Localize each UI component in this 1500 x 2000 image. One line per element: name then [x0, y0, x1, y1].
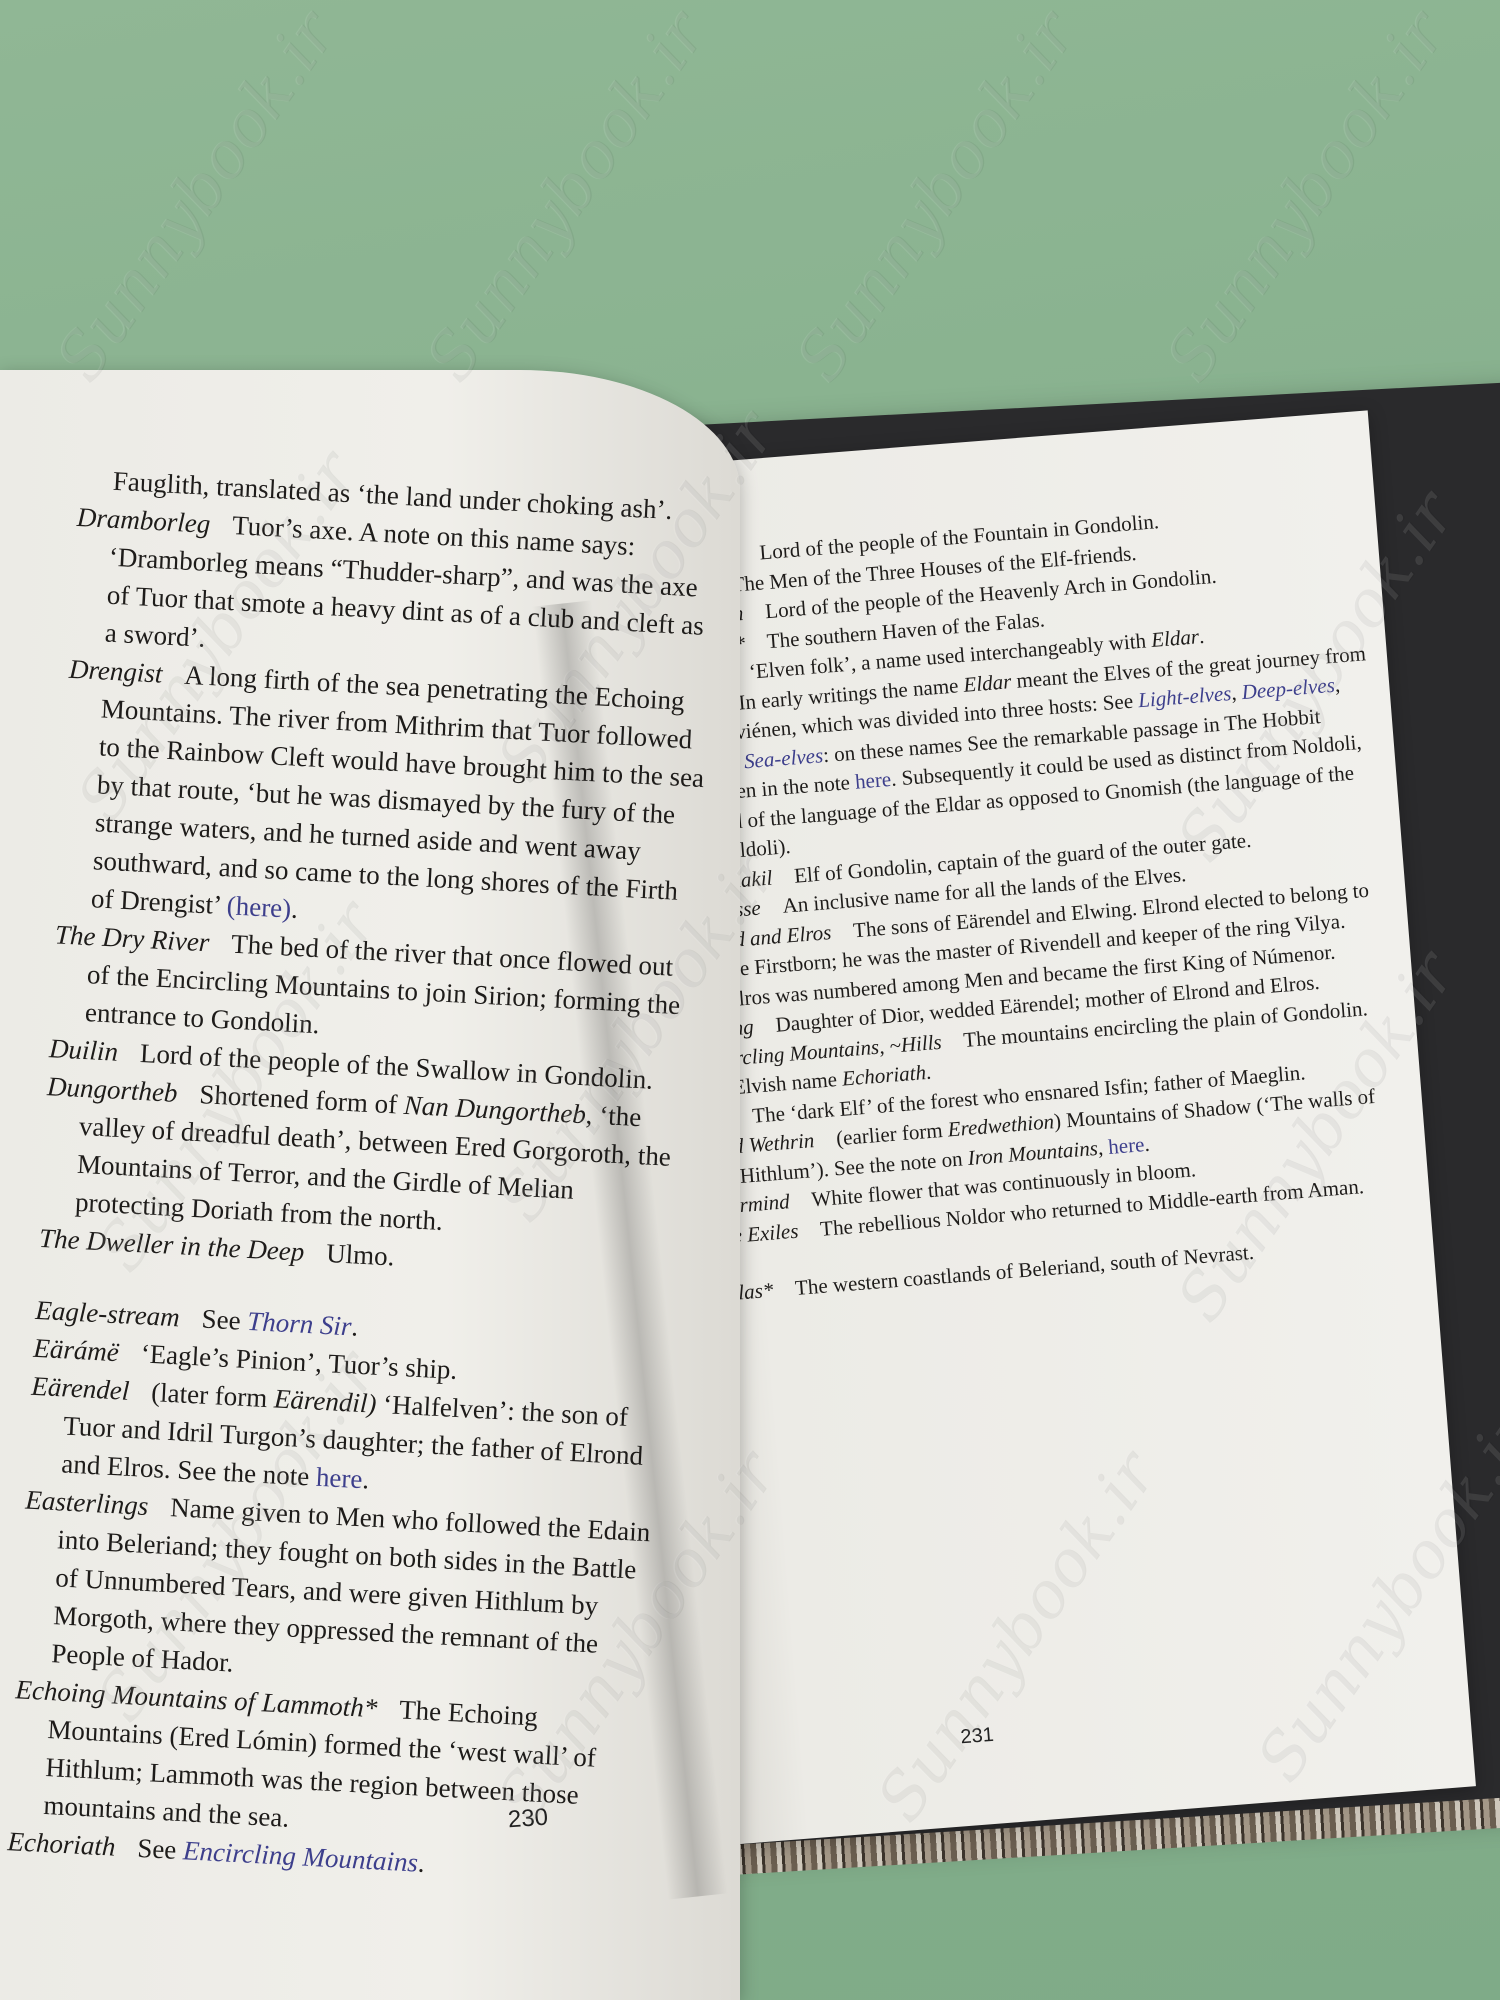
- entry-head: Echoriath: [7, 1826, 116, 1862]
- watermark: Sunnybook.ir: [42, 0, 350, 395]
- link-deep-elves[interactable]: Deep-elves: [1241, 673, 1336, 704]
- link-here[interactable]: (here): [226, 890, 292, 923]
- entry-head: Dungortheb: [46, 1071, 178, 1108]
- watermark: Sunnybook.ir: [412, 0, 720, 395]
- glossary-entry: EasterlingsName given to Men who followe…: [17, 1481, 666, 1704]
- entry-head: Dramborleg: [76, 502, 211, 539]
- entry-head: Eagle-stream: [35, 1295, 181, 1333]
- link-sea-elves[interactable]: Sea-elves: [743, 743, 824, 773]
- page-number: 231: [960, 1724, 995, 1750]
- link-thorn-sir[interactable]: Thorn Sir: [247, 1306, 353, 1341]
- entry-head: Drengist: [68, 654, 163, 689]
- entry-head: Eärámë: [33, 1333, 120, 1367]
- entry-head: Duilin: [48, 1033, 118, 1067]
- link-here[interactable]: here: [1107, 1132, 1145, 1159]
- entry-head: Eärendel: [31, 1371, 130, 1406]
- watermark: Sunnybook.ir: [782, 0, 1090, 395]
- link-here[interactable]: here: [854, 767, 892, 794]
- entry-head: The Dry River: [54, 919, 210, 957]
- link-encircling-mountains[interactable]: Encircling Mountains: [182, 1835, 418, 1877]
- link-light-elves[interactable]: Light-elves: [1137, 681, 1232, 712]
- entry-head: Easterlings: [25, 1485, 149, 1521]
- watermark: Sunnybook.ir: [1152, 0, 1460, 395]
- link-here[interactable]: here: [315, 1462, 363, 1494]
- page-number: 230: [507, 1804, 549, 1835]
- right-page-text: EcthelionLord of the people of the Fount…: [656, 492, 1414, 1310]
